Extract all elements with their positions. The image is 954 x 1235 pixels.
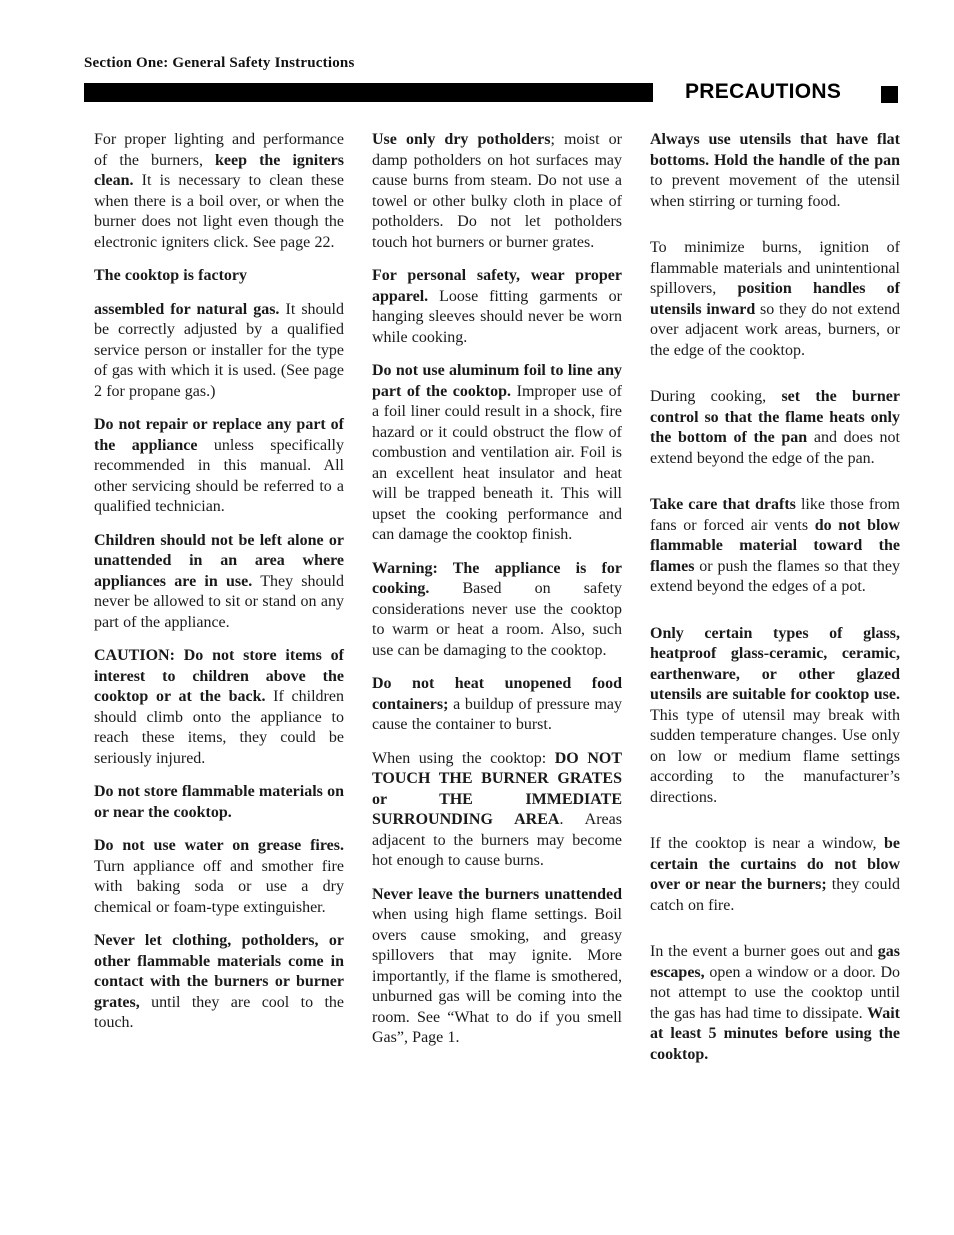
text-segment: This type of utensil may break with sudd… [650,707,900,806]
banner-square-marker [881,86,898,103]
paragraph: assembled for natural gas. It should be … [94,300,344,403]
banner-black-bar [84,83,653,102]
bold-text-segment: Do not store flammable materials on or n… [94,783,344,821]
paragraph: Take care that drafts like those from fa… [650,495,900,598]
paragraph: For personal safety, wear proper apparel… [372,266,622,348]
paragraph: Use only dry potholders; moist or damp p… [372,130,622,253]
paragraph: Children should not be left alone or una… [94,531,344,634]
text-segment: Improper use of a foil liner could resul… [372,383,622,544]
column-3: Always use utensils that have flat botto… [650,130,900,1091]
paragraph: Do not store flammable materials on or n… [94,782,344,823]
bold-text-segment: assembled for natural gas. [94,301,279,318]
paragraph: If the cooktop is near a window, be cert… [650,834,900,916]
bold-text-segment: Never leave the burners unattended [372,886,622,903]
bold-text-segment: Do not use water on grease fires. [94,837,344,854]
text-segment: Turn appliance off and smother fire with… [94,858,344,916]
precautions-heading: PRECAUTIONS [685,80,847,104]
column-2: Use only dry potholders; moist or damp p… [372,130,622,1091]
paragraph: For proper lighting and performance of t… [94,130,344,253]
paragraph: Do not heat unopened food containers; a … [372,674,622,736]
paragraph: In the event a burner goes out and gas e… [650,942,900,1065]
paragraph: Never leave the burners unattended when … [372,885,622,1049]
section-header-title: Section One: General Safety Instructions [84,55,354,72]
text-segment: If the cooktop is near a window, [650,835,884,852]
bold-text-segment: Always use utensils that have flat botto… [650,131,900,169]
text-segment: to prevent movement of the utensil when … [650,172,900,210]
bold-text-segment: Use only dry potholders [372,131,550,148]
text-columns: For proper lighting and performance of t… [94,130,900,1091]
text-segment: ; moist or damp potholders on hot surfac… [372,131,622,251]
text-segment: When using the cooktop: [372,750,555,767]
text-segment: During cooking, [650,388,781,405]
bold-text-segment: Take care that drafts [650,496,796,513]
paragraph: Never let clothing, potholders, or other… [94,931,344,1034]
bold-text-segment: Only certain types of glass, heatproof g… [650,625,900,704]
text-segment: when using high flame settings. Boil ove… [372,906,622,1046]
paragraph: Always use utensils that have flat botto… [650,130,900,212]
paragraph: When using the cooktop: DO NOT TOUCH THE… [372,749,622,872]
paragraph: Warning: The appliance is for cooking. B… [372,559,622,662]
paragraph: The cooktop is factory [94,266,344,287]
column-1: For proper lighting and performance of t… [94,130,344,1091]
paragraph: Do not use water on grease fires. Turn a… [94,836,344,918]
manual-page: Section One: General Safety Instructions… [0,0,954,1235]
paragraph: Do not use aluminum foil to line any par… [372,361,622,546]
paragraph: Do not repair or replace any part of the… [94,415,344,518]
paragraph: During cooking, set the burner control s… [650,387,900,469]
text-segment: In the event a burner goes out and [650,943,878,960]
paragraph: Only certain types of glass, heatproof g… [650,624,900,809]
paragraph: To minimize burns, ignition of flammable… [650,238,900,361]
paragraph: CAUTION: Do not store items of interest … [94,646,344,769]
bold-text-segment: The cooktop is factory [94,267,247,284]
